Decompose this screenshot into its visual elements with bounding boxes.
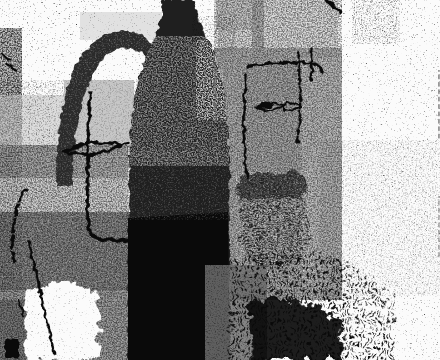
right-face-cross-mark xyxy=(311,49,312,80)
blob-grain xyxy=(26,288,100,360)
cluster xyxy=(192,16,236,52)
edge-dot-line xyxy=(436,70,440,140)
bottom-left-blot xyxy=(5,339,19,357)
artwork-canvas xyxy=(0,0,440,360)
cluster xyxy=(320,140,440,296)
white-blob xyxy=(24,283,100,360)
cluster xyxy=(0,0,100,50)
monoprint-artwork xyxy=(0,0,440,360)
column-grain xyxy=(128,150,232,220)
band-highlight-grain xyxy=(0,178,132,288)
cluster xyxy=(352,0,400,44)
